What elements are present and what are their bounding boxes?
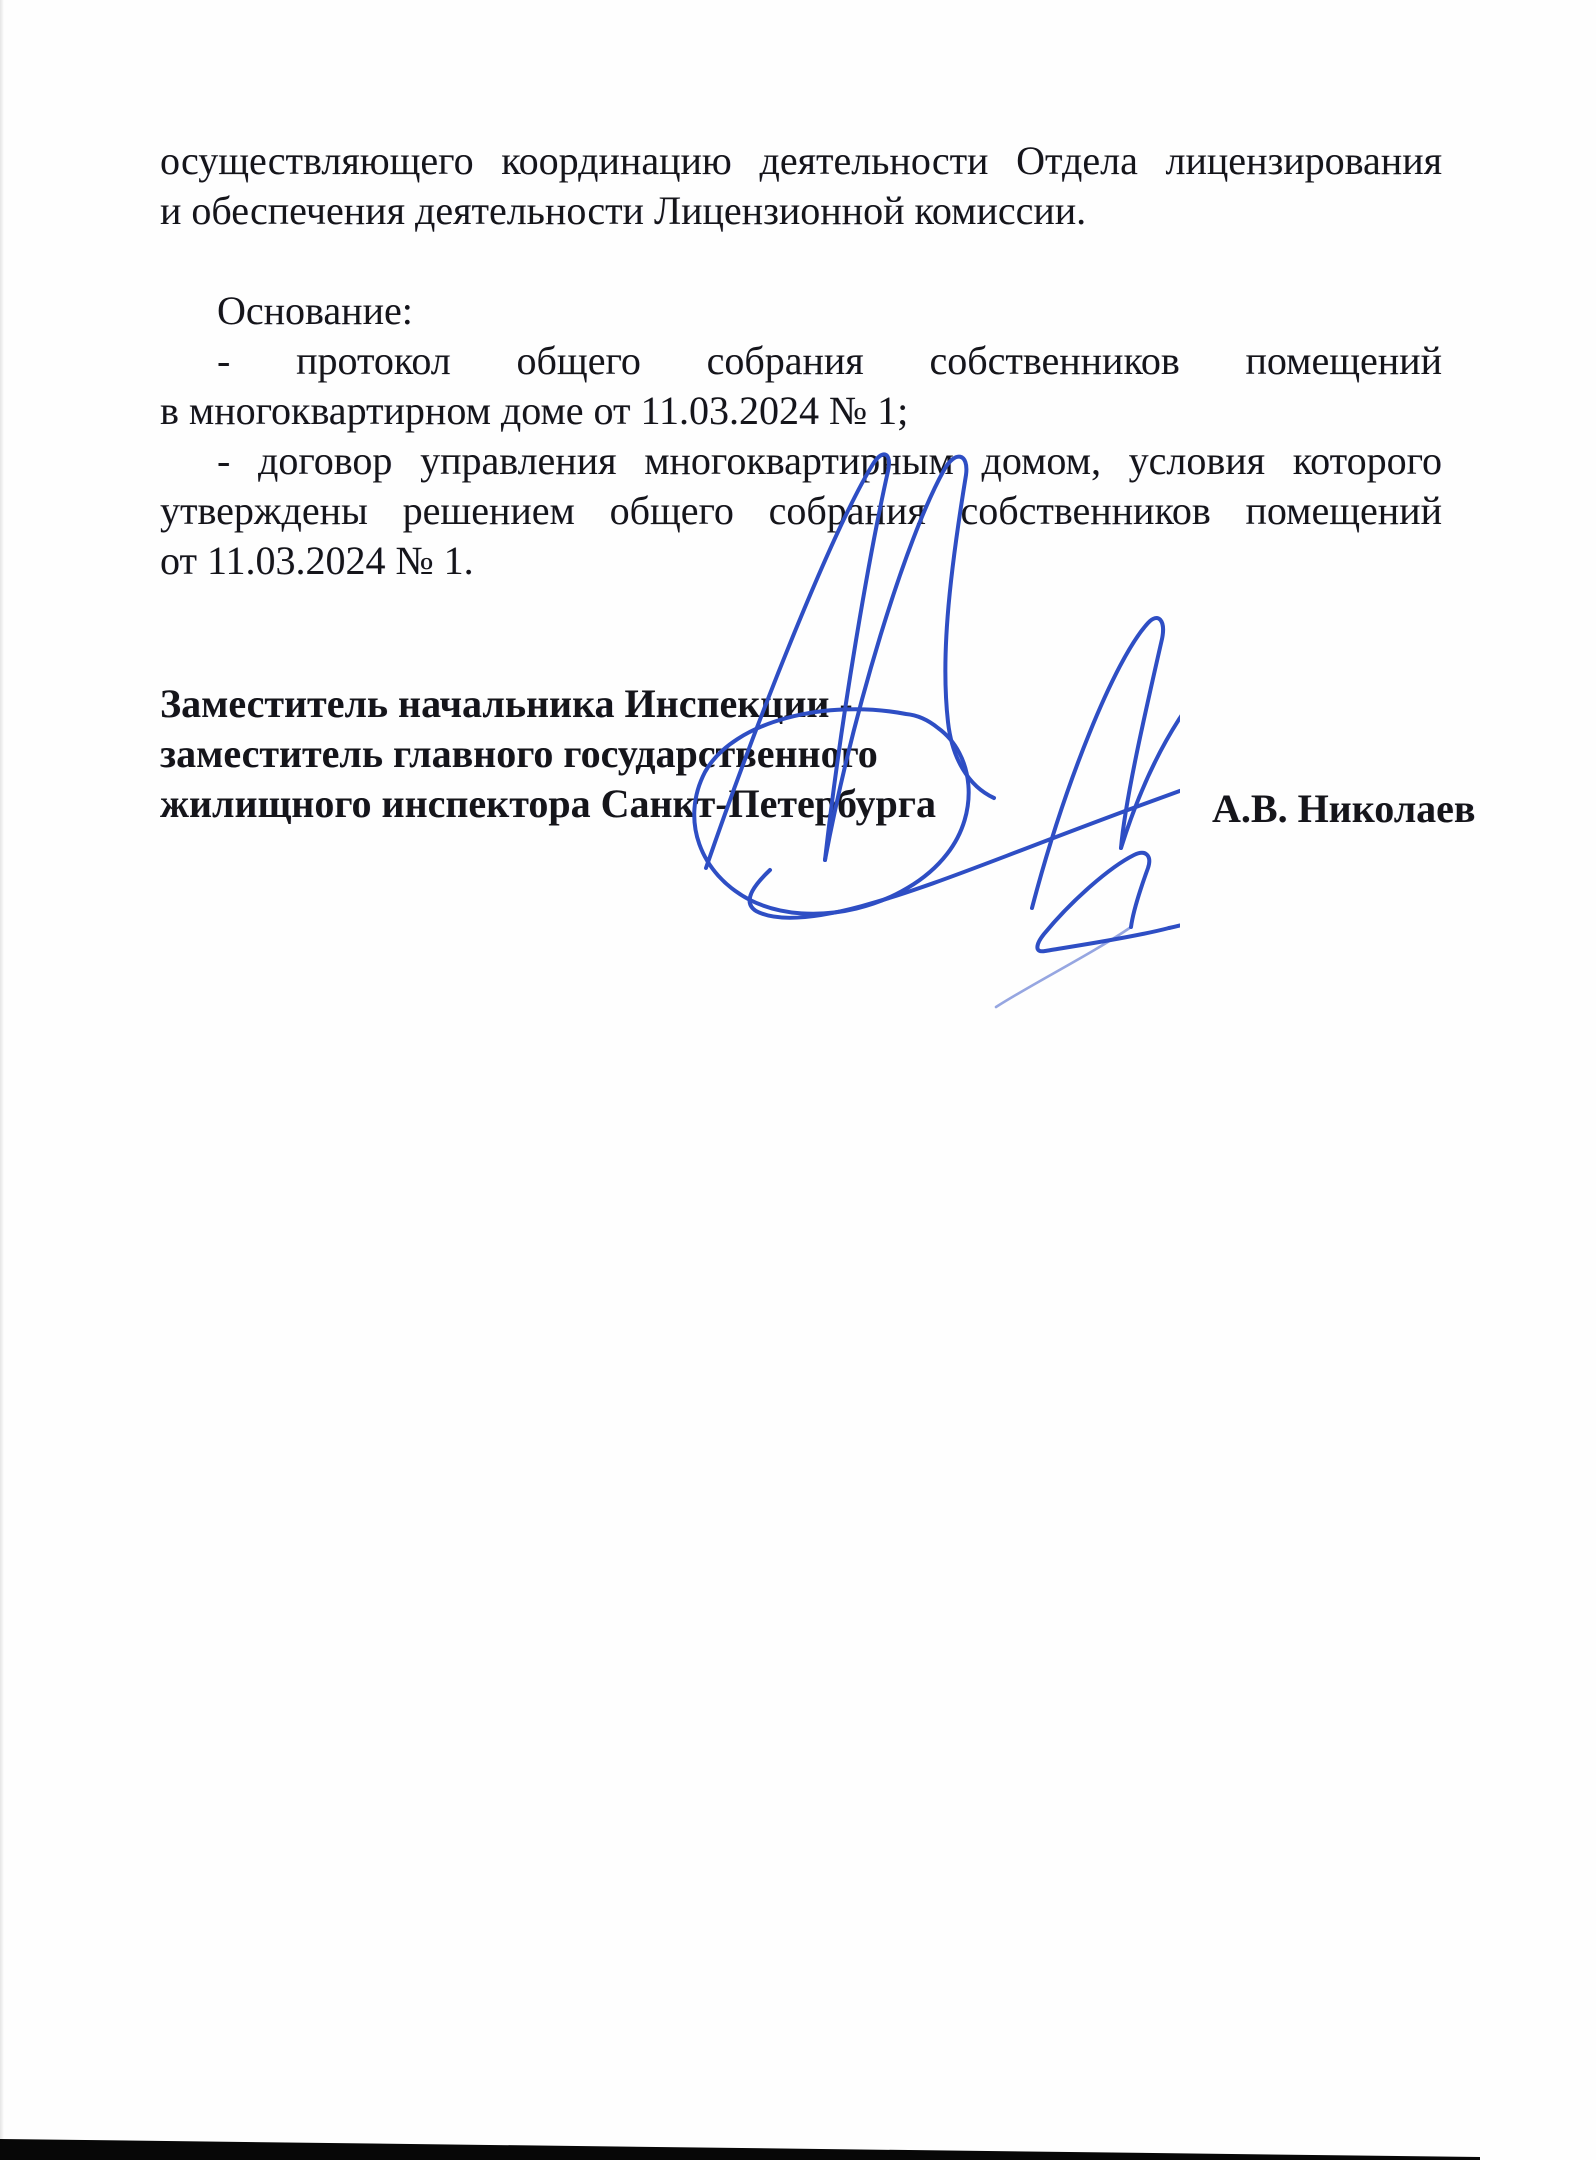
document-body: осуществляющего координацию деятельности… [160, 136, 1442, 586]
text-line: от 11.03.2024 № 1. [160, 536, 1442, 586]
scanned-document-page: осуществляющего координацию деятельности… [0, 0, 1596, 2160]
text-line: и обеспечения деятельности Лицензионной … [160, 186, 1442, 236]
text-line: - договор управления многоквартирным дом… [160, 436, 1442, 486]
text-line: в многоквартирном доме от 11.03.2024 № 1… [160, 386, 1442, 436]
signatory-title-line: Заместитель начальника Инспекции - [160, 679, 1100, 729]
signer-name: А.В. Николаев [1212, 784, 1476, 834]
scan-left-edge-artifact [0, 0, 4, 2160]
paragraph-continuation: осуществляющего координацию деятельности… [160, 136, 1442, 236]
text-line: Основание: [160, 286, 1442, 336]
signatory-title-block: Заместитель начальника Инспекции - замес… [160, 679, 1100, 829]
basis-item-contract: - договор управления многоквартирным дом… [160, 436, 1442, 586]
scan-bottom-edge-artifact [0, 2134, 1596, 2160]
signatory-title-line: жилищного инспектора Санкт-Петербурга [160, 779, 1100, 829]
basis-heading: Основание: [160, 286, 1442, 336]
text-line: - протокол общего собрания собственников… [160, 336, 1442, 386]
basis-item-protocol: - протокол общего собрания собственников… [160, 336, 1442, 436]
text-line: утверждены решением общего собрания собс… [160, 486, 1442, 536]
text-line: осуществляющего координацию деятельности… [160, 136, 1442, 186]
signatory-title-line: заместитель главного государственного [160, 729, 1100, 779]
